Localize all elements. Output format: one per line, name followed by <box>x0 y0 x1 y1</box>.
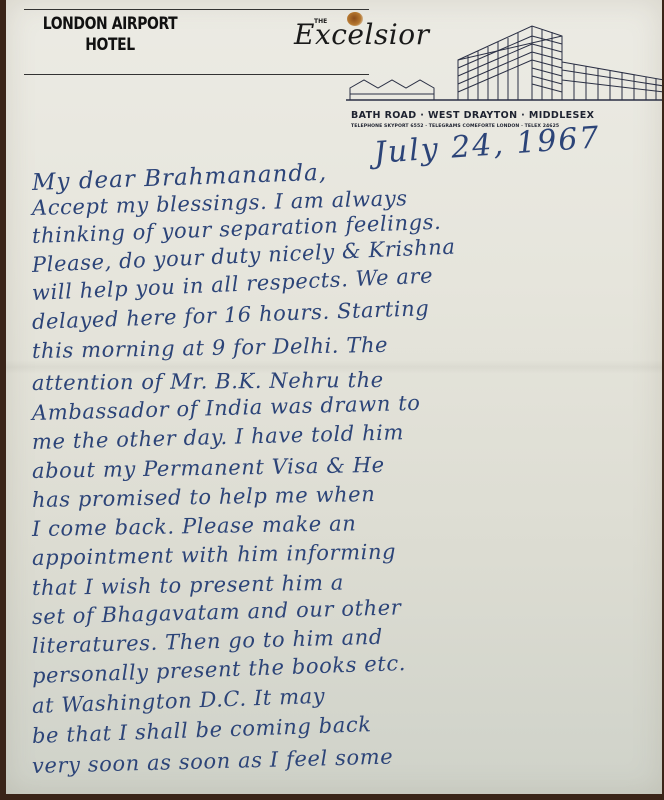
letter-line: that I wish to present him a <box>32 571 344 600</box>
letter-line: about my Permanent Visa & He <box>32 453 385 483</box>
hotel-address: BATH ROAD · WEST DRAYTON · MIDDLESEX <box>351 110 661 121</box>
brand-prefix: THE <box>314 18 327 25</box>
letter-line: me the other day. I have told him <box>32 420 405 454</box>
letterhead-bottom-rule <box>24 74 369 75</box>
photo-background: LONDON AIRPORT HOTEL THE Excelsior <box>0 0 664 800</box>
hotel-building-icon <box>346 22 662 102</box>
hotel-name: LONDON AIRPORT HOTEL <box>28 14 192 56</box>
letter-line: at Washington D.C. It may <box>32 684 326 718</box>
letter-line: attention of Mr. B.K. Nehru the <box>32 368 384 395</box>
letter-paper: LONDON AIRPORT HOTEL THE Excelsior <box>6 0 662 794</box>
hotel-name-line-1: LONDON AIRPORT <box>28 14 192 35</box>
letter-line: set of Bhagavatam and our other <box>32 595 402 629</box>
letter-line: I come back. Please make an <box>32 511 357 541</box>
letter-line: this morning at 9 for Delhi. The <box>32 333 389 363</box>
letterhead-top-rule <box>24 9 369 10</box>
letter-line: Ambassador of India was drawn to <box>32 391 421 425</box>
letter-line: has promised to help me when <box>32 482 376 512</box>
letter-line: very soon as soon as I feel some <box>32 745 394 778</box>
letter-line: appointment with him informing <box>32 540 397 570</box>
hotel-name-line-2: HOTEL <box>28 35 192 56</box>
letter-line: be that I shall be coming back <box>32 712 372 748</box>
